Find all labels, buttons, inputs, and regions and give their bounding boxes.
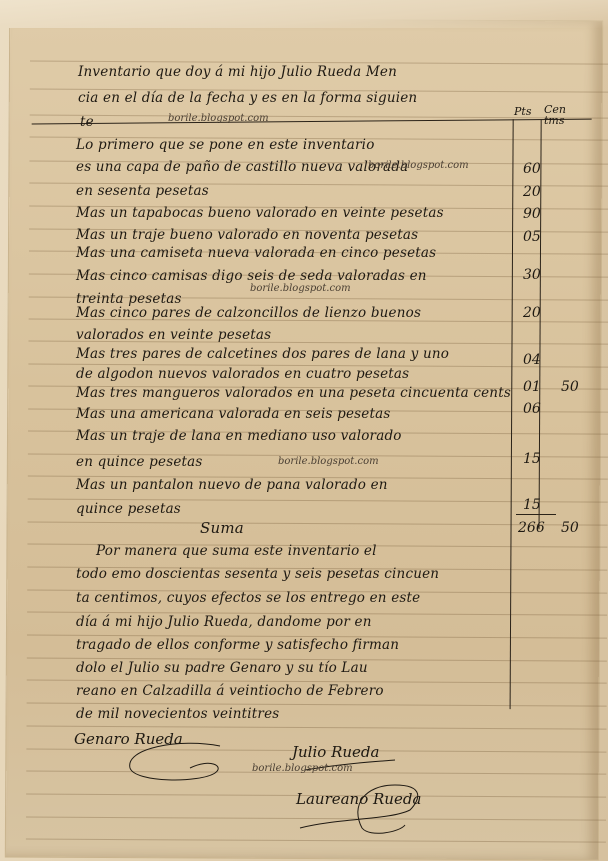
item-5-line-1: Mas cinco camisas digo seis de seda valo…: [76, 268, 427, 284]
item-3-line-1: Mas un traje bueno valorado en noventa p…: [76, 227, 418, 243]
item-4-line-1: Mas una camiseta nueva valorada en cinco…: [76, 245, 436, 261]
item-7-line-1: Mas tres pares de calcetines dos pares d…: [76, 346, 449, 362]
item-11-line-1: Mas un pantalon nuevo de pana valorado e…: [76, 477, 388, 493]
column-header-pesetas: Pts: [514, 106, 531, 117]
total-rule: [516, 514, 556, 515]
total-label: Suma: [200, 519, 244, 537]
item-1-line-1: Lo primero que se pone en este inventari…: [76, 137, 375, 153]
item-10-line-2: en quince pesetas: [76, 454, 203, 470]
item-6-pesetas: 20: [523, 305, 541, 321]
item-5-pesetas: 30: [523, 267, 541, 283]
column-header-centimos: Cen tms: [544, 104, 584, 126]
item-1-line-2: es una capa de paño de castillo nueva va…: [76, 159, 408, 175]
item-11-line-2: quince pesetas: [76, 501, 181, 517]
item-6-line-2: valorados en veinte pesetas: [76, 327, 271, 343]
item-1-pesetas: 60: [523, 161, 541, 177]
item-7-pesetas: 04: [523, 352, 541, 368]
paper-fold-shadow: [0, 0, 608, 28]
item-11-pesetas: 15: [523, 497, 541, 513]
watermark-4: borile.blogspot.com: [278, 456, 379, 467]
item-10-pesetas: 15: [523, 451, 541, 467]
closing-line-6: dolo el Julio su padre Genaro y su tío L…: [76, 660, 368, 676]
item-6-line-1: Mas cinco pares de calzoncillos de lienz…: [76, 305, 421, 321]
closing-line-1: Por manera que suma este inventario el: [96, 543, 377, 559]
watermark-2: borile.blogspot.com: [368, 160, 469, 171]
item-8-line-1: Mas tres mangueros valorados en una pese…: [76, 385, 511, 401]
signature-flourish-laureano: [290, 780, 430, 840]
watermark-5: borile.blogspot.com: [252, 763, 353, 774]
closing-line-2: todo emo doscientas sesenta y seis peset…: [76, 566, 439, 582]
item-9-pesetas: 06: [523, 401, 541, 417]
closing-line-5: tragado de ellos conforme y satisfecho f…: [76, 637, 399, 653]
closing-line-3: ta centimos, cuyos efectos se los entreg…: [76, 590, 420, 606]
title-line-3: te: [80, 114, 94, 130]
item-10-line-1: Mas un traje de lana en mediano uso valo…: [76, 428, 402, 444]
title-line-2: cia en el día de la fecha y es en la for…: [78, 90, 417, 106]
item-2-pesetas: 20: [523, 184, 541, 200]
item-3-pesetas: 90: [523, 206, 541, 222]
title-line-1: Inventario que doy á mi hijo Julio Rueda…: [78, 64, 397, 80]
closing-line-7: reano en Calzadilla á veintiocho de Febr…: [76, 683, 384, 699]
document-photo: Inventario que doy á mi hijo Julio Rueda…: [0, 0, 608, 861]
item-8-pesetas: 01: [523, 379, 541, 395]
item-7-line-2: de algodon nuevos valorados en cuatro pe…: [76, 366, 409, 382]
item-2-line-1: Mas un tapabocas bueno valorado en veint…: [76, 205, 444, 221]
item-1-line-3: en sesenta pesetas: [76, 183, 209, 199]
total-centimos: 50: [561, 520, 579, 536]
watermark-1: borile.blogspot.com: [168, 113, 269, 124]
signature-flourish-genaro: [120, 738, 230, 786]
item-4-pesetas: 05: [523, 229, 541, 245]
item-8-centimos: 50: [561, 379, 579, 395]
closing-line-4: día á mi hijo Julio Rueda, dandome por e…: [76, 614, 372, 630]
item-9-line-1: Mas una americana valorada en seis peset…: [76, 406, 390, 422]
watermark-3: borile.blogspot.com: [250, 283, 351, 294]
closing-line-8: de mil novecientos veintitres: [76, 706, 279, 722]
total-pesetas: 266: [518, 520, 545, 536]
